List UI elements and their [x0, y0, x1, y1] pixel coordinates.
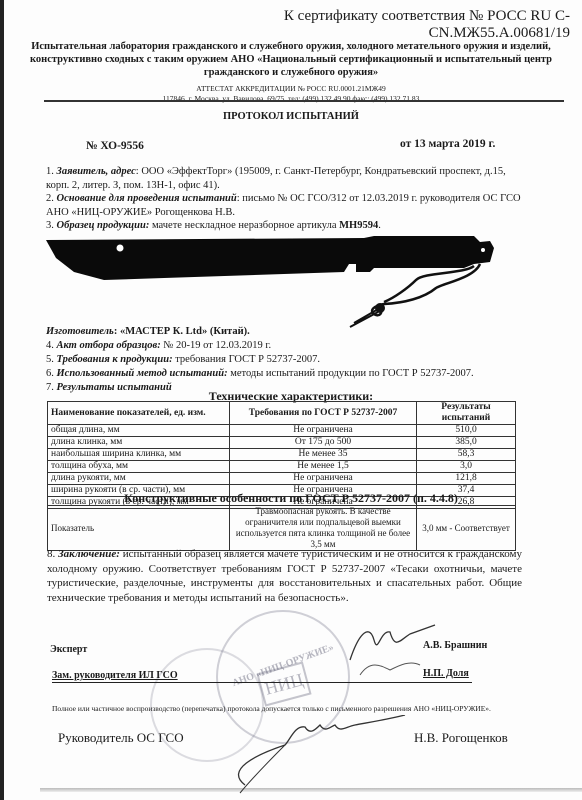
head-name: Н.В. Рогощенков [414, 730, 508, 746]
item-applicant: 1. Заявитель, адрес: ООО «ЭффектТорг» (1… [46, 165, 526, 192]
method-label: Использованный метод испытаний: [57, 368, 228, 379]
expert-title: Эксперт [50, 644, 87, 655]
constructive-indicator: Показатель [48, 506, 230, 551]
header-result: Результаты испытаний [417, 402, 516, 425]
row-indicator: наибольшая ширина клинка, мм [48, 449, 230, 461]
row-result: 3,0 [417, 461, 516, 473]
laboratory-address: 117846, г. Москва, ул. Вавилова, 69/75, … [30, 94, 552, 104]
row-indicator: общая длина, мм [48, 425, 230, 437]
header-indicator: Наименование показателей, ед. изм. [48, 402, 230, 425]
row-result: 58,3 [417, 449, 516, 461]
row-requirement: От 175 до 500 [230, 437, 417, 449]
protocol-page: К сертификату соответствия № РОСС RU C-C… [0, 0, 582, 800]
constructive-features-table: Показатель Травмоопасная рукоять. В каче… [47, 505, 516, 551]
row-result: 510,0 [417, 425, 516, 437]
protocol-title: ПРОТОКОЛ ИСПЫТАНИЙ [0, 111, 582, 122]
item-act: 4. Акт отбора образцов: № 20-19 от 12.03… [46, 339, 526, 353]
constructive-table-title: Конструктивные особенности по ГОСТ Р 527… [0, 491, 582, 506]
method-value: методы испытаний продукции по ГОСТ Р 527… [228, 368, 474, 379]
applicant-label: Заявитель, адрес [57, 166, 136, 177]
header-requirement: Требования по ГОСТ Р 52737-2007 [230, 402, 417, 425]
requirements-label: Требования к продукции: [57, 354, 173, 365]
row-indicator: длина рукояти, мм [48, 473, 230, 485]
table-row: Показатель Травмоопасная рукоять. В каче… [48, 506, 516, 551]
accreditation-number: АТТЕСТАТ АККРЕДИТАЦИИ № РОСС RU.0001.21М… [30, 84, 552, 94]
row-requirement: Не менее 1,5 [230, 461, 417, 473]
manufacturer-value: : «МАСТЕР К. Ltd» (Китай). [114, 326, 250, 337]
signature-line [52, 682, 472, 683]
row-result: 385,0 [417, 437, 516, 449]
act-label: Акт отбора образцов: [57, 340, 161, 351]
basis-label: Основание для проведения испытаний [57, 193, 237, 204]
constructive-result: 3,0 мм - Соответствует [417, 506, 516, 551]
protocol-date: от 13 марта 2019 г. [400, 138, 495, 150]
row-requirement: Не ограничена [230, 425, 417, 437]
item-manufacturer: Изготовитель: «МАСТЕР К. Ltd» (Китай). [46, 325, 526, 339]
head-title: Руководитель ОС ГСО [58, 730, 184, 746]
table-row: длина рукояти, ммНе ограничена121,8 [48, 473, 516, 485]
table-row: общая длина, ммНе ограничена510,0 [48, 425, 516, 437]
row-indicator: толщина обуха, мм [48, 461, 230, 473]
item-method: 6. Использованный метод испытаний: метод… [46, 367, 526, 381]
item-requirements: 5. Требования к продукции: требования ГО… [46, 353, 526, 367]
row-result: 121,8 [417, 473, 516, 485]
item-basis: 2. Основание для проведения испытаний: п… [46, 192, 526, 219]
reproduction-notice: Полное или частичное воспроизводство (пе… [52, 704, 491, 713]
protocol-number: № ХО-9556 [86, 140, 144, 152]
table-row: толщина обуха, ммНе менее 1,53,0 [48, 461, 516, 473]
header-divider [44, 100, 564, 102]
manufacturer-label: Изготовитель [46, 326, 114, 337]
expert-name: А.В. Брашнин [423, 640, 487, 651]
row-indicator: длина клинка, мм [48, 437, 230, 449]
conclusion-label: Заключение: [58, 548, 120, 560]
table-row: наибольшая ширина клинка, ммНе менее 355… [48, 449, 516, 461]
requirements-value: требования ГОСТ Р 52737-2007. [173, 354, 320, 365]
conclusion: 8. Заключение: испытанный образец являет… [47, 547, 522, 605]
certificate-reference: К сертификату соответствия № РОСС RU C-C… [160, 8, 570, 42]
act-value: № 20-19 от 12.03.2019 г. [161, 340, 271, 351]
constructive-requirement: Травмоопасная рукоять. В качестве ограни… [230, 506, 417, 551]
table-header-row: Наименование показателей, ед. изм. Требо… [48, 402, 516, 425]
table-row: длина клинка, ммОт 175 до 500385,0 [48, 437, 516, 449]
deputy-name: Н.П. Доля [423, 668, 469, 679]
deputy-title: Зам. руководителя ИЛ ГСО [52, 670, 178, 681]
row-requirement: Не ограничена [230, 473, 417, 485]
head-signature [215, 715, 415, 795]
row-requirement: Не менее 35 [230, 449, 417, 461]
laboratory-name: Испытательная лаборатория гражданского и… [30, 40, 552, 79]
machete-image [44, 228, 524, 328]
